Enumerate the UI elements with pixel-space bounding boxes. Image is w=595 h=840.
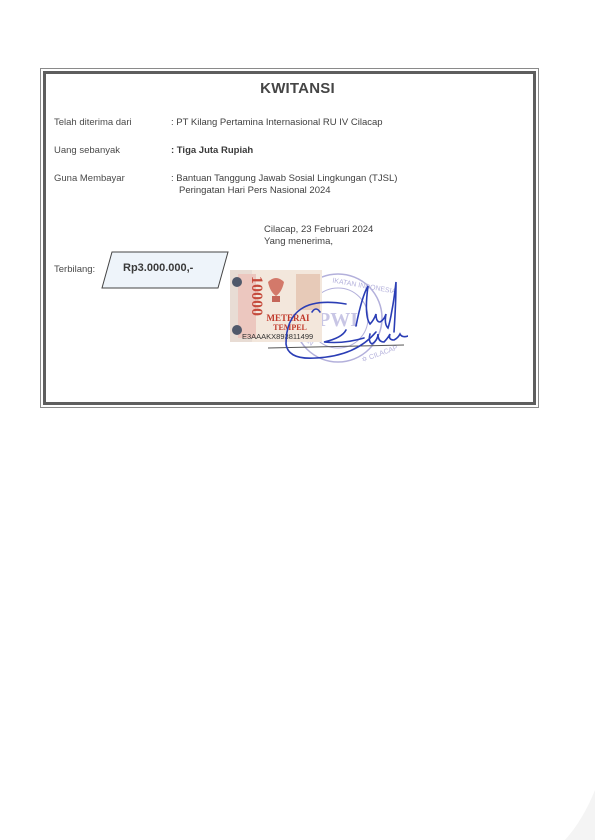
purpose-label: Guna Membayar	[54, 173, 125, 184]
amount-words-value: : Tiga Juta Rupiah	[171, 145, 253, 156]
svg-text:10000: 10000	[248, 276, 265, 316]
purpose-value-line2: Peringatan Hari Pers Nasional 2024	[179, 185, 331, 196]
svg-text:✡ CILACAP: ✡ CILACAP	[361, 344, 400, 365]
amount-words-label: Uang sebanyak	[54, 145, 120, 156]
terbilang-label: Terbilang:	[54, 264, 95, 275]
received-from-value: : PT Kilang Pertamina Internasional RU I…	[171, 117, 383, 128]
amount-figure: Rp3.000.000,-	[123, 262, 193, 274]
svg-text:METERAI: METERAI	[266, 313, 310, 323]
svg-text:TEMPEL: TEMPEL	[273, 323, 307, 332]
receiver-label: Yang menerima,	[264, 236, 333, 247]
receipt-page: KWITANSI Telah diterima dari : PT Kilang…	[0, 0, 595, 840]
stamp-signature-area: PWI IKATAN INDONESIA ✡ CILACAP PERSATUAN…	[228, 268, 408, 378]
page-corner-fold	[555, 790, 595, 840]
svg-text:E3AAAKX893811499: E3AAAKX893811499	[242, 332, 313, 341]
place-date: Cilacap, 23 Februari 2024	[264, 224, 373, 235]
svg-text:PWI: PWI	[318, 309, 358, 331]
receipt-title: KWITANSI	[0, 80, 595, 97]
purpose-value: : Bantuan Tanggung Jawab Sosial Lingkung…	[171, 173, 397, 184]
received-from-label: Telah diterima dari	[54, 117, 132, 128]
